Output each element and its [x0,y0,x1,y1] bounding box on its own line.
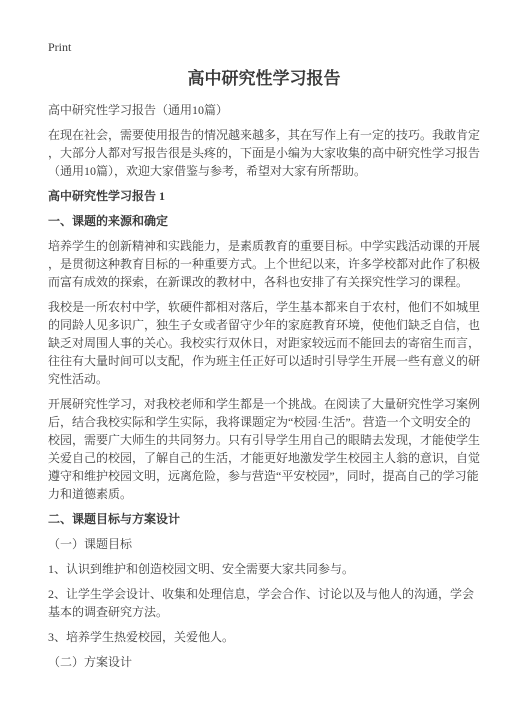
section1-heading: 一、课题的来源和确定 [48,212,480,230]
goal-item-1: 1、认识到维护和创造校园文明、安全需要大家共同参与。 [48,560,480,578]
intro-paragraph: 在现在社会，需要使用报告的情况越来越多，其在写作上有一定的技巧。我敢肯定，大部分… [48,126,480,180]
section1-paragraph-2: 我校是一所农村中学，软硬件都相对落后，学生基本都来自于农村，他们不如城里的同龄人… [48,298,480,388]
page-title: 高中研究性学习报告 [48,67,480,91]
section1-paragraph-3: 开展研究性学习，对我校老师和学生都是一个挑战。在阅读了大量研究性学习案例后，结合… [48,395,480,503]
subsection1-heading: （一）课题目标 [48,535,480,553]
print-link[interactable]: Print [48,39,71,55]
entry-title: 高中研究性学习报告 1 [48,187,480,205]
subsection2-heading: （二）方案设计 [48,653,480,671]
section2-heading: 二、课题目标与方案设计 [48,510,480,528]
document-subtitle: 高中研究性学习报告（通用10篇） [48,101,480,119]
goal-item-2: 2、让学生学会设计、收集和处理信息，学会合作、讨论以及与他人的沟通，学会基本的调… [48,585,480,621]
section1-paragraph-1: 培养学生的创新精神和实践能力，是素质教育的重要目标。中学实践活动课的开展，是贯彻… [48,237,480,291]
document-page: Print 高中研究性学习报告 高中研究性学习报告（通用10篇） 在现在社会，需… [0,0,520,718]
goal-item-3: 3、培养学生热爱校园，关爱他人。 [48,628,480,646]
